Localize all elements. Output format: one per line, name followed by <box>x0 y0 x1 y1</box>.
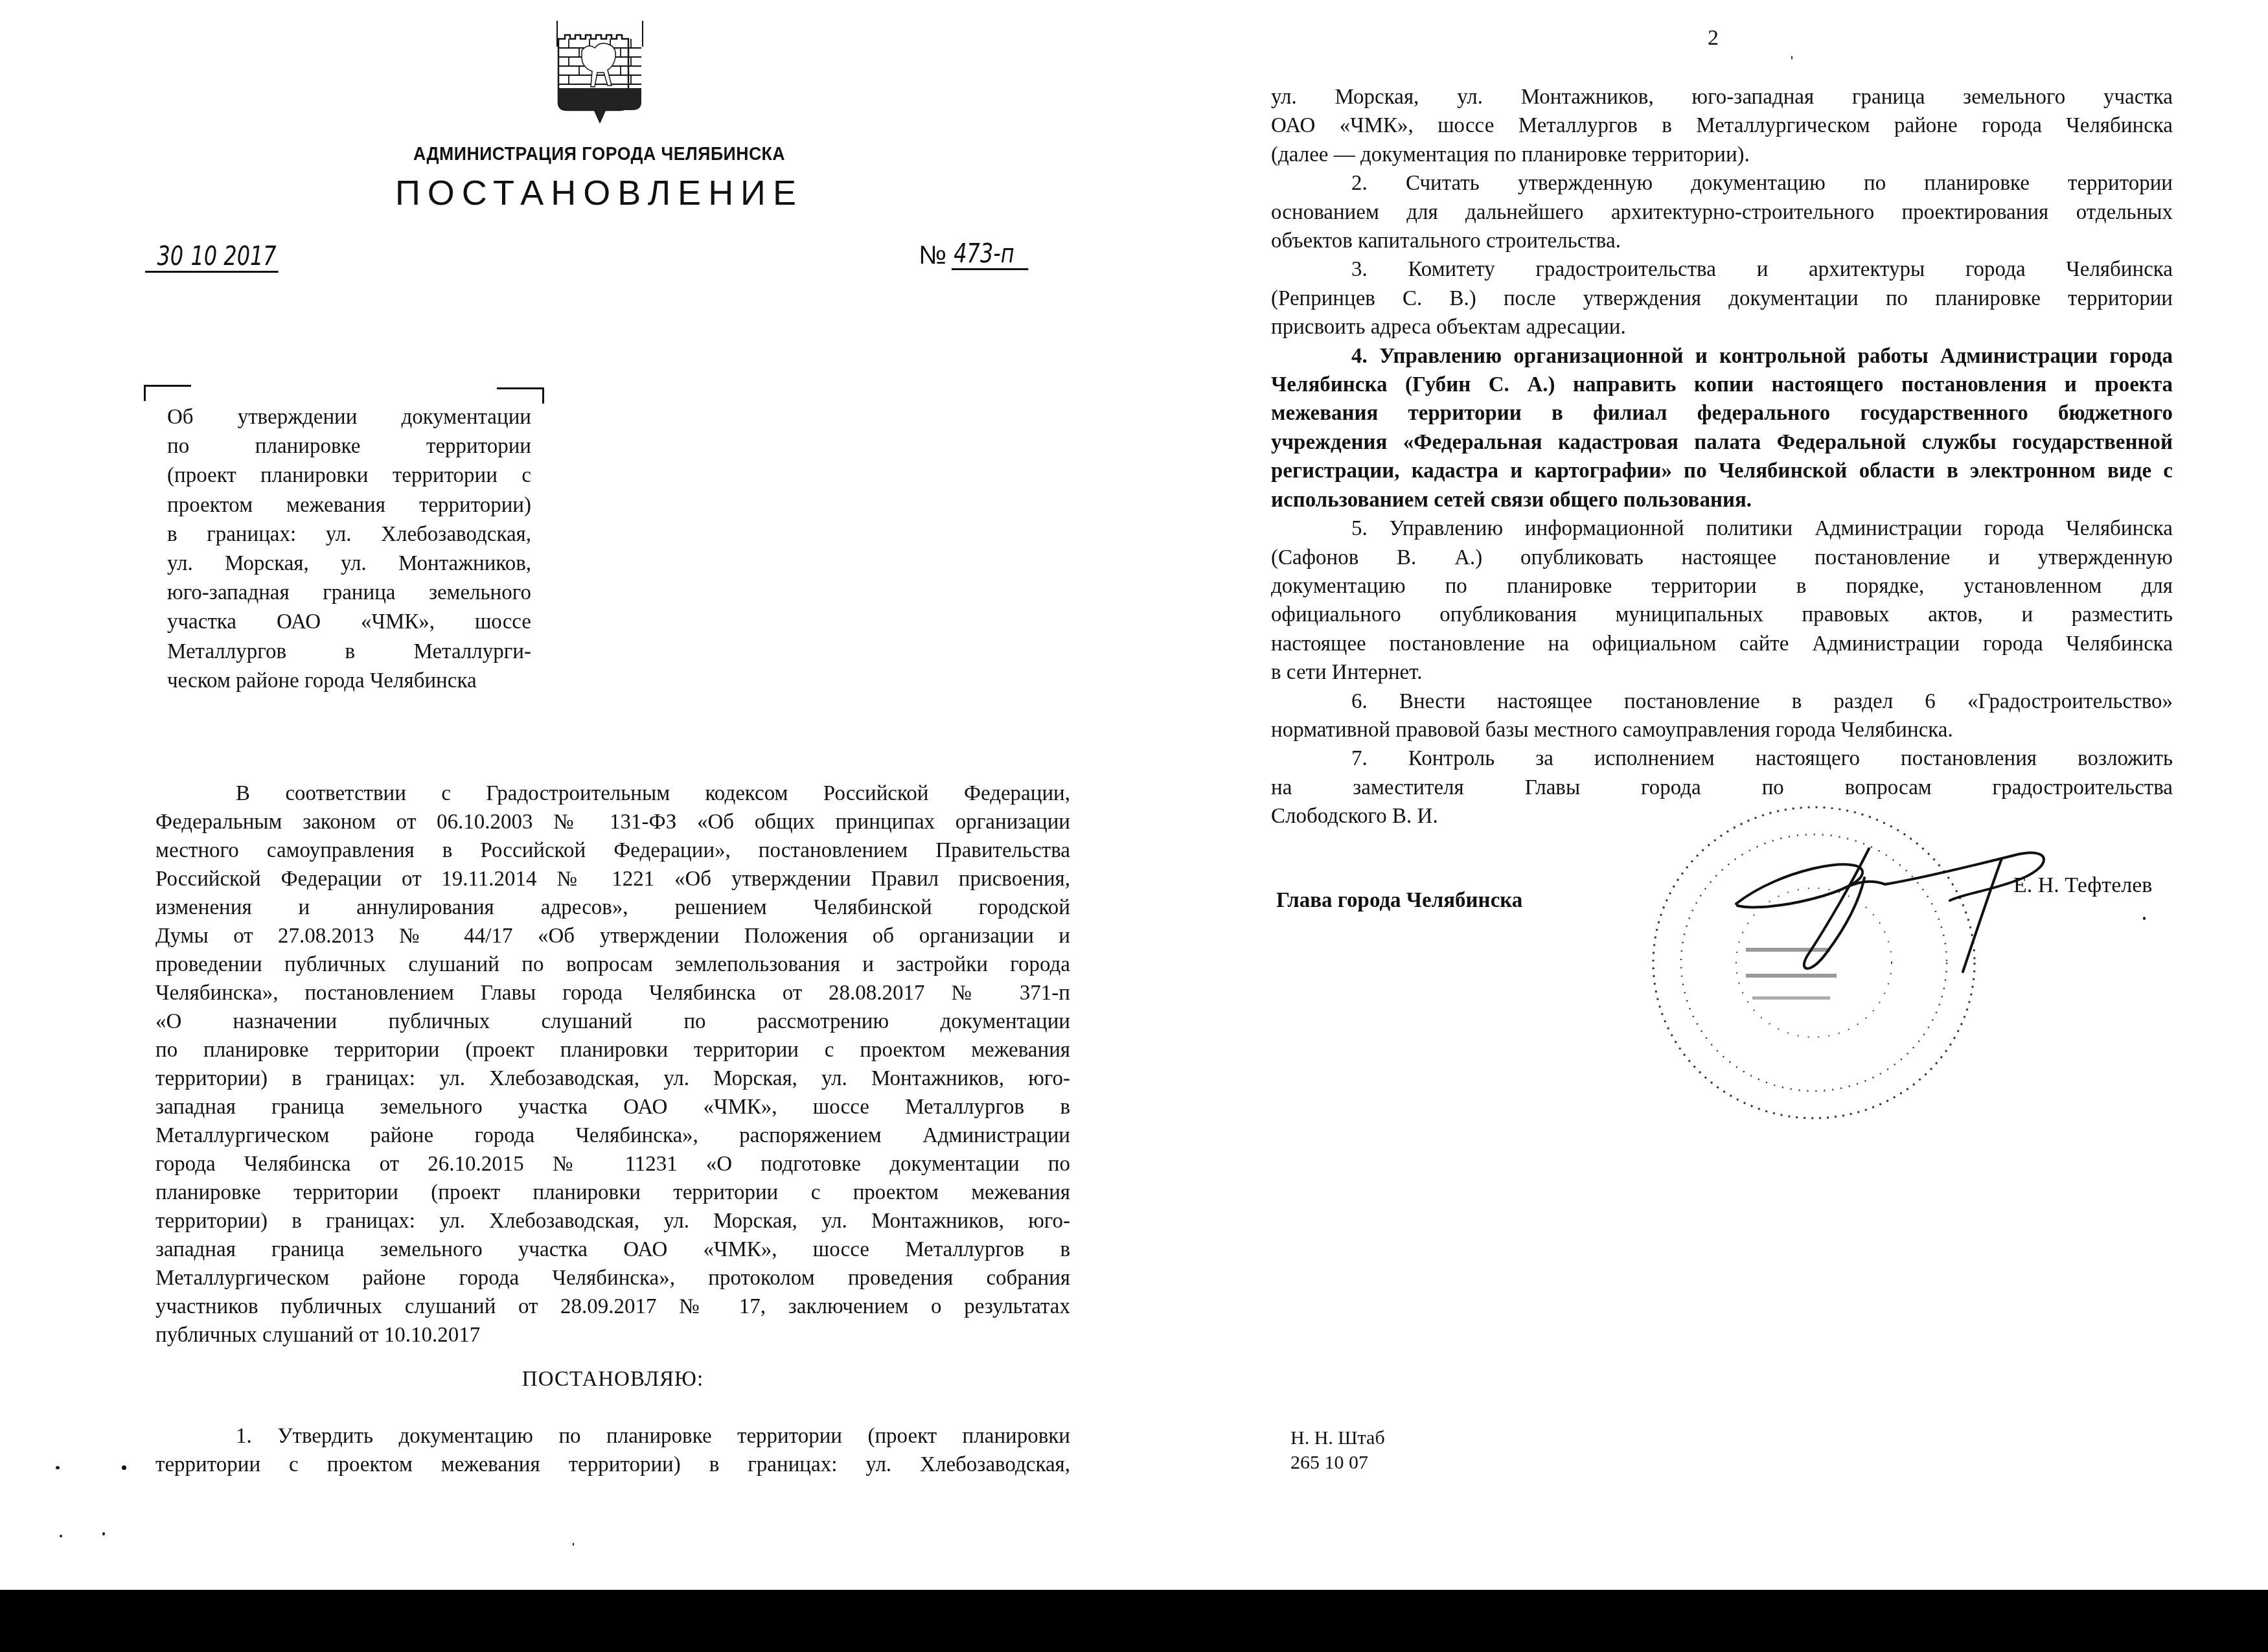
document-type-title: ПОСТАНОВЛЕНИЕ <box>363 174 836 212</box>
item-line: документацию по планировке территории в … <box>1271 572 2173 601</box>
date-month-year: 10 2017 <box>190 242 276 271</box>
preamble-line: западная граница земельного участка ОАО … <box>155 1093 1070 1121</box>
item-line: (Сафонов В. А.) опубликовать настоящее п… <box>1271 544 2173 572</box>
scan-speck <box>2143 917 2146 920</box>
item-line: 6. Внести настоящее постановление в разд… <box>1271 687 2173 716</box>
resolution-items-continued: ул. Морская, ул. Монтажников, юго-западн… <box>1271 83 2173 831</box>
item-line: настоящее постановление на официальном с… <box>1271 630 2173 658</box>
bracket-right-corner <box>497 387 544 404</box>
preamble-line: территории) в границах: ул. Хлебозаводск… <box>155 1207 1070 1235</box>
preamble-paragraph: В соответствии с Градостроительным кодек… <box>155 779 1070 1349</box>
document-number: №473-п <box>919 240 1048 270</box>
number-sign: № <box>919 241 946 270</box>
document-date: 3010 2017 <box>145 242 279 273</box>
subject-line: Об утверждении документации <box>167 403 531 432</box>
item-line: 2. Считать утвержденную документацию по … <box>1271 169 2173 198</box>
subject-line: Металлургов в Металлурги- <box>167 637 531 667</box>
scan-speck <box>122 1465 126 1470</box>
organization-name: АДМИНИСТРАЦИЯ ГОРОДА ЧЕЛЯБИНСКА <box>382 144 817 165</box>
scan-speck <box>102 1532 105 1535</box>
preamble-line: «О назначении публичных слушаний по расс… <box>155 1007 1070 1036</box>
subject-line: ул. Морская, ул. Монтажников, <box>167 549 531 579</box>
item-line: 4. Управлению организационной и контроль… <box>1271 342 2173 371</box>
scan-speck <box>60 1535 62 1537</box>
resolve-heading: ПОСТАНОВЛЯЮ: <box>155 1368 1070 1392</box>
subject-line: в границах: ул. Хлебозаводская, <box>167 520 531 549</box>
item-line: ОАО «ЧМК», шоссе Металлургов в Металлург… <box>1271 111 2173 140</box>
subject-line: по планировке территории <box>167 432 531 461</box>
subject-line: ческом районе города Челябинска <box>167 667 531 696</box>
item-line: на заместителя Главы города по вопросам … <box>1271 774 2173 802</box>
preamble-line: Металлургическом районе города Челябинск… <box>155 1264 1070 1292</box>
preamble-line: публичных слушаний от 10.10.2017 <box>155 1321 1070 1349</box>
bracket-left-corner <box>144 385 191 401</box>
preamble-line: Федеральным законом от 06.10.2003 № 131-… <box>155 808 1070 836</box>
preamble-line: участников публичных слушаний от 28.09.2… <box>155 1292 1070 1321</box>
item-line: нормативной правовой базы местного самоу… <box>1271 716 2173 744</box>
item-line: учреждения «Федеральная кадастровая пала… <box>1271 428 2173 457</box>
signatory-title: Глава города Челябинска <box>1276 889 1522 913</box>
item-line: официального опубликования муниципальных… <box>1271 601 2173 629</box>
preamble-line: западная граница земельного участка ОАО … <box>155 1235 1070 1264</box>
item-line: в сети Интернет. <box>1271 658 2173 687</box>
executor-phone: 265 10 07 <box>1290 1451 1368 1475</box>
preamble-line: планировке территории (проект планировки… <box>155 1178 1070 1207</box>
date-day: 30 <box>147 242 183 271</box>
preamble-line: изменения и аннулирования адресов», реше… <box>155 893 1070 922</box>
subject-line: проектом межевания территории) <box>167 491 531 520</box>
preamble-line: по планировке территории (проект планиро… <box>155 1036 1070 1064</box>
preamble-line: Думы от 27.08.2013 № 44/17 «Об утвержден… <box>155 922 1070 950</box>
subject-line: юго-западная граница земельного <box>167 579 531 608</box>
preamble-line: Челябинска», постановлением Главы города… <box>155 979 1070 1007</box>
preamble-line: территории) в границах: ул. Хлебозаводск… <box>155 1064 1070 1093</box>
document-subject: Об утверждении документациипо планировке… <box>167 403 531 696</box>
item-line: 3. Комитету градостроительства и архитек… <box>1271 255 2173 284</box>
item-line: использованием сетей связи общего пользо… <box>1271 486 2173 514</box>
preamble-line: Металлургическом районе города Челябинск… <box>155 1121 1070 1150</box>
item-line: Челябинска (Губин С. А.) направить копии… <box>1271 371 2173 399</box>
item-line: межевания территории в филиал федерально… <box>1271 399 2173 428</box>
preamble-line: города Челябинска от 26.10.2015 № 11231 … <box>155 1150 1070 1178</box>
item-line: ул. Морская, ул. Монтажников, юго-западн… <box>1271 83 2173 111</box>
preamble-line: Российской Федерации от 19.11.2014 № 122… <box>155 865 1070 893</box>
item-line: 1. Утвердить документацию по планировке … <box>155 1422 1070 1451</box>
subject-line: участка ОАО «ЧМК», шоссе <box>167 608 531 637</box>
scan-border-bar <box>0 1590 2268 1652</box>
subject-line: (проект планировки территории с <box>167 461 531 490</box>
scan-speck <box>573 1543 574 1546</box>
scan-speck <box>56 1466 60 1469</box>
page-number: 2 <box>1708 26 1719 51</box>
item-line: (далее — документация по планировке терр… <box>1271 141 2173 169</box>
item-line: объектов капитального строительства. <box>1271 227 2173 255</box>
item-line: 5. Управлению информационной политики Ад… <box>1271 514 2173 543</box>
executor-name: Н. Н. Штаб <box>1290 1426 1385 1451</box>
resolution-item-1: 1. Утвердить документацию по планировке … <box>155 1422 1070 1479</box>
item-line: 7. Контроль за исполнением настоящего по… <box>1271 744 2173 773</box>
item-line: присвоить адреса объектам адресации. <box>1271 313 2173 341</box>
item-line: основанием для дальнейшего архитектурно-… <box>1271 198 2173 227</box>
preamble-line: местного самоуправления в Российской Фед… <box>155 836 1070 865</box>
signatory-name: Е. Н. Тефтелев <box>2013 873 2152 898</box>
item-line: регистрации, кадастра и картографии» по … <box>1271 457 2173 485</box>
coat-of-arms-icon <box>556 21 644 123</box>
scan-speck <box>1791 56 1793 60</box>
number-value: 473-п <box>952 240 1028 270</box>
handwritten-signature-icon <box>1730 842 2067 978</box>
preamble-line: проведении публичных слушаний по вопроса… <box>155 950 1070 979</box>
preamble-line: В соответствии с Градостроительным кодек… <box>155 779 1070 808</box>
item-line: (Репринцев С. В.) после утверждения доку… <box>1271 284 2173 313</box>
item-line: территории с проектом межевания территор… <box>155 1451 1070 1479</box>
